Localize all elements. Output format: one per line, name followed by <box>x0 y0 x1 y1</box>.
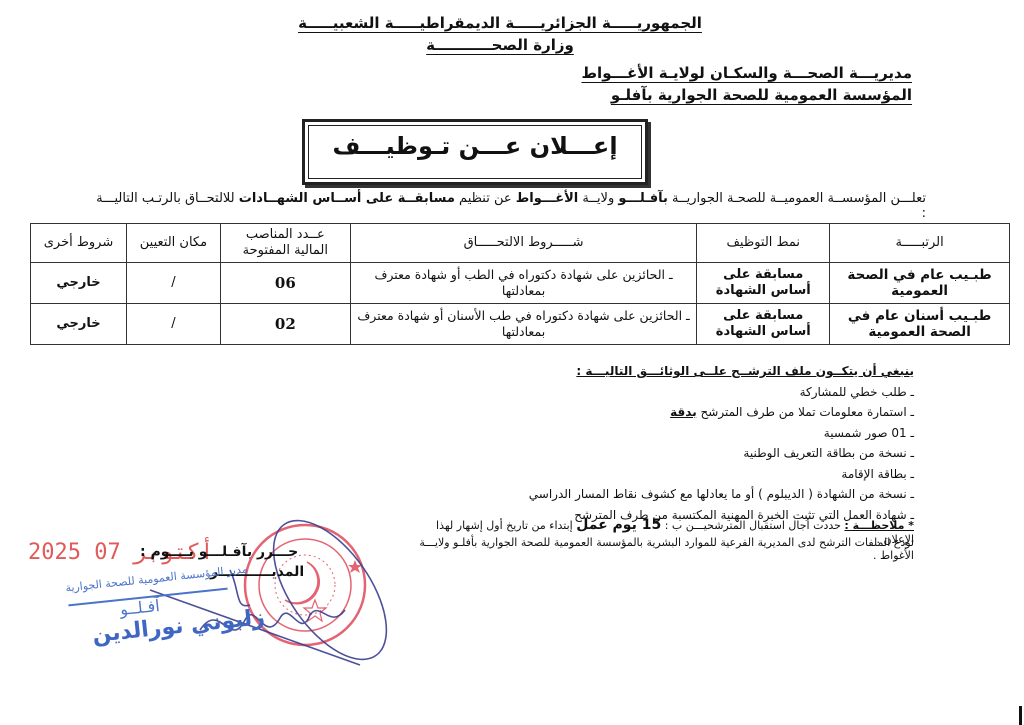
cell-mode: مسابقة على أساس الشهادة <box>697 263 830 304</box>
list-item: ـ 01 صور شمسية <box>474 423 914 444</box>
signature-place: حـــرر بآفـلـــو يــــوم : <box>140 544 298 560</box>
cell-positions: 06 <box>220 263 350 304</box>
republic-header: الجمهوريـــــة الجزائريـــــة الديمقراطي… <box>280 14 720 32</box>
cell-conditions: ـ الحائزين على شهادة دكتوراه في الطب أو … <box>350 263 697 304</box>
announcement-title: إعـــلان عـــن تـوظيـــف <box>332 132 617 160</box>
list-item: ـ طلب خطي للمشاركة <box>474 382 914 403</box>
deposit-note: تودع الملفات الترشح لدى المديرية الفرعية… <box>414 536 914 562</box>
col-header-rank: الرتبـــــة <box>830 224 1010 263</box>
col-header-place: مكان التعيين <box>126 224 220 263</box>
table-header-row: الرتبـــــة نمط التوظيف شـــــروط الالتح… <box>31 224 1010 263</box>
table-row: طبـيب عام في الصحة العمومية مسابقة على أ… <box>31 263 1010 304</box>
table-row: طبـيب أسنان عام في الصحة العمومية مسابقة… <box>31 304 1010 345</box>
cell-mode: مسابقة على أساس الشهادة <box>697 304 830 345</box>
cell-other: خارجي <box>31 263 127 304</box>
col-header-positions: عــدد المناصب المالية المفتوحة <box>220 224 350 263</box>
list-item: ـ نسخة من بطاقة التعريف الوطنية <box>474 443 914 464</box>
cell-rank: طبـيب عام في الصحة العمومية <box>830 263 1010 304</box>
cell-place: / <box>126 304 220 345</box>
col-header-other: شروط أخرى <box>31 224 127 263</box>
title-box: إعـــلان عـــن تـوظيـــف <box>302 119 648 185</box>
documents-heading: ينبغي أن يتكــون ملف الترشــح علــى الوث… <box>474 361 914 382</box>
institution-header: المؤسسة العمومية للصحة الجوارية بآفلـو <box>492 86 912 104</box>
directorate-header: مديريـــة الصحـــة والسكـان لولايـة الأغ… <box>492 64 912 82</box>
required-documents: ينبغي أن يتكــون ملف الترشــح علــى الوث… <box>474 361 914 525</box>
cell-other: خارجي <box>31 304 127 345</box>
positions-table: الرتبـــــة نمط التوظيف شـــــروط الالتح… <box>30 223 1010 345</box>
cell-positions: 02 <box>220 304 350 345</box>
intro-paragraph: تعلـــن المؤسســة العموميــة للصحـة الجو… <box>90 191 926 221</box>
signature-scribble-icon <box>150 510 409 678</box>
cell-place: / <box>126 263 220 304</box>
cell-conditions: ـ الحائزين على شهادة دكتوراه في طب الأسن… <box>350 304 697 345</box>
cell-rank: طبـيب أسنان عام في الصحة العمومية <box>830 304 1010 345</box>
col-header-conditions: شـــــروط الالتحـــــاق <box>350 224 697 263</box>
page-edge-mark <box>1019 706 1022 725</box>
stamp-graphic <box>0 510 420 680</box>
ministry-header: وزارة الصحـــــــــــة <box>280 36 720 54</box>
list-item: ـ بطاقة الإقامة <box>474 464 914 485</box>
list-item: ـ نسخة من الشهادة ( الديبلوم ) أو ما يعا… <box>474 484 914 505</box>
list-item: ـ استمارة معلومات تملا من طرف المترشح بد… <box>474 402 914 423</box>
col-header-mode: نمط التوظيف <box>697 224 830 263</box>
